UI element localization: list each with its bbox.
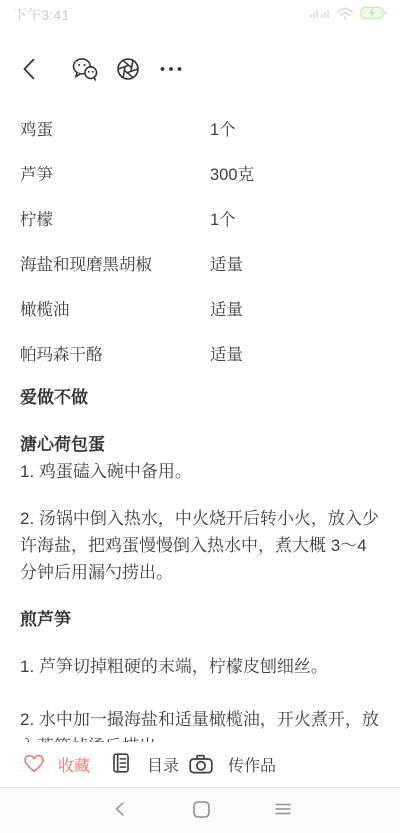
system-menu-icon xyxy=(274,802,292,819)
status-icons xyxy=(310,6,387,25)
more-dots-icon xyxy=(159,57,183,84)
step-text: 2. 汤锅中倒入热水，中火烧开后转小火，放入少许海盐，把鸡蛋慢慢倒入热水中，煮大… xyxy=(20,505,380,586)
ingredient-amount: 适量 xyxy=(210,296,243,320)
ingredient-amount: 1个 xyxy=(210,206,236,230)
ingredient-name: 柠檬 xyxy=(20,206,53,230)
section-block: 溏心荷包蛋 1. 鸡蛋磕入碗中备用。 xyxy=(20,431,380,485)
ingredient-name: 帕玛森干酪 xyxy=(20,341,103,365)
bottom-toolbar: 收藏 目录 xyxy=(0,742,400,787)
system-home-button[interactable] xyxy=(186,788,216,833)
upload-label: 传作品 xyxy=(228,753,276,776)
recipe-content[interactable]: 鸡蛋 1个 芦笋 300克 柠檬 1个 海盐和现磨黑胡椒 适量 橄榄油 适量 帕… xyxy=(20,105,380,760)
toc-label: 目录 xyxy=(147,753,179,776)
ingredient-name: 芦笋 xyxy=(20,161,53,185)
system-nav-bar xyxy=(0,787,400,833)
step-text: 1. 芦笋切掉粗硬的末端，柠檬皮刨细丝。 xyxy=(20,653,380,680)
top-nav-bar xyxy=(0,48,400,92)
app-screen: 下午3:41 xyxy=(0,0,400,833)
camera-icon xyxy=(188,752,214,778)
toc-button[interactable]: 目录 xyxy=(112,752,179,777)
moments-aperture-icon xyxy=(115,56,141,85)
heart-icon xyxy=(23,753,45,776)
status-bar: 下午3:41 xyxy=(0,0,400,30)
ingredient-row: 柠檬 1个 xyxy=(20,195,380,240)
system-recents-button[interactable] xyxy=(268,788,298,833)
ingredient-row: 橄榄油 适量 xyxy=(20,285,380,330)
step-text: 1. 鸡蛋磕入碗中备用。 xyxy=(20,458,380,485)
wifi-icon xyxy=(336,6,354,25)
system-back-button[interactable] xyxy=(104,788,134,833)
section-heading: 煎芦笋 xyxy=(20,606,380,633)
note-heading: 爱做不做 xyxy=(20,384,380,411)
ingredient-name: 橄榄油 xyxy=(20,296,70,320)
ingredient-amount: 1个 xyxy=(210,116,236,140)
back-button[interactable] xyxy=(17,57,43,83)
back-icon xyxy=(18,56,42,85)
wechat-icon xyxy=(70,56,100,85)
share-wechat-button[interactable] xyxy=(70,57,100,83)
section-heading: 溏心荷包蛋 xyxy=(20,431,380,458)
toc-list-icon xyxy=(112,752,130,777)
share-moments-button[interactable] xyxy=(115,57,141,83)
battery-charging-icon xyxy=(360,6,387,25)
system-back-icon xyxy=(113,801,126,820)
ingredient-row: 帕玛森干酪 适量 xyxy=(20,330,380,375)
ingredient-row: 海盐和现磨黑胡椒 适量 xyxy=(20,240,380,285)
ingredient-name: 鸡蛋 xyxy=(20,116,53,140)
more-menu-button[interactable] xyxy=(158,57,184,83)
ingredient-name: 海盐和现磨黑胡椒 xyxy=(20,251,152,275)
upload-work-button[interactable]: 传作品 xyxy=(188,752,276,778)
favorite-button[interactable]: 收藏 xyxy=(23,753,90,776)
ingredient-amount: 适量 xyxy=(210,251,243,275)
favorite-label: 收藏 xyxy=(58,753,90,776)
ingredient-row: 芦笋 300克 xyxy=(20,150,380,195)
ingredient-amount: 300克 xyxy=(210,161,254,185)
recipe-steps: 爱做不做 溏心荷包蛋 1. 鸡蛋磕入碗中备用。 2. 汤锅中倒入热水，中火烧开后… xyxy=(20,384,380,760)
signal-icon xyxy=(310,6,330,24)
ingredient-row: 鸡蛋 1个 xyxy=(20,105,380,150)
system-home-icon xyxy=(192,800,211,822)
status-time: 下午3:41 xyxy=(13,5,69,25)
ingredient-amount: 适量 xyxy=(210,341,243,365)
